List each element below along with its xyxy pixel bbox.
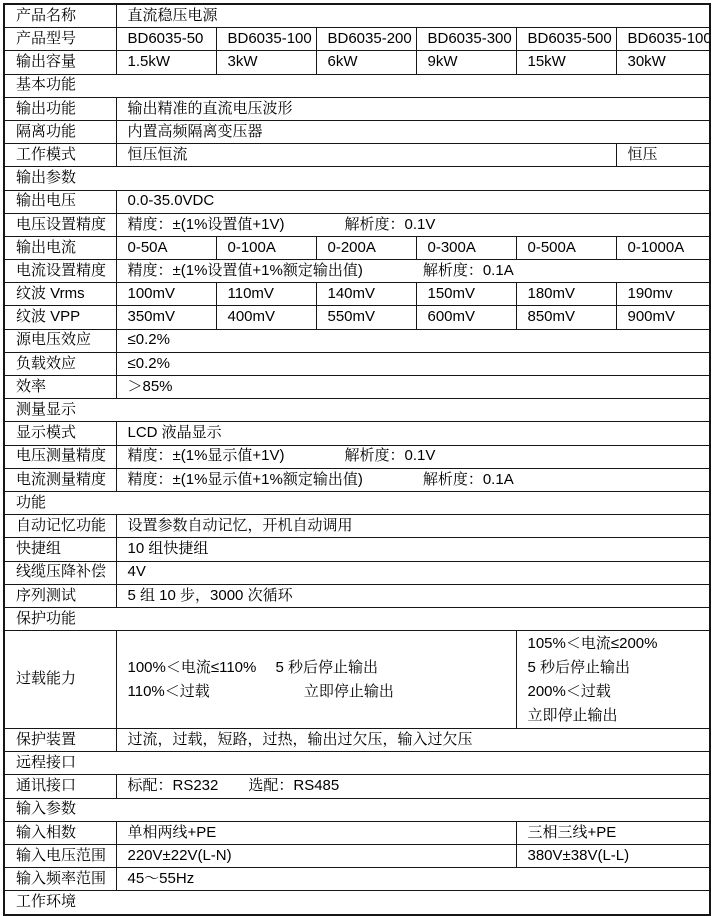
table-row: 源电压效应≤0.2% — [4, 329, 710, 352]
model-cell: BD6035-1000 — [616, 28, 710, 51]
model-cell: 550mV — [316, 306, 416, 329]
model-cell: 0-300A — [416, 236, 516, 259]
model-cell: BD6035-500 — [516, 28, 616, 51]
model-cell: 110mV — [216, 283, 316, 306]
table-row: 过载能力100%＜电流≤110% 5 秒后停止输出110%＜过载 立即停止输出1… — [4, 631, 710, 729]
table-row: 输出电流0-50A0-100A0-200A0-300A0-500A0-1000A — [4, 236, 710, 259]
row-value-main: 100%＜电流≤110% 5 秒后停止输出110%＜过载 立即停止输出 — [116, 631, 516, 729]
cell-line: 5 秒后停止输出 — [528, 656, 706, 680]
table-row: 输出功能输出精准的直流电压波形 — [4, 97, 710, 120]
row-label: 电压设置精度 — [4, 213, 116, 236]
row-value: 直流稳压电源 — [116, 4, 710, 28]
row-value: 10 组快捷组 — [116, 538, 710, 561]
section-row: 基本功能 — [4, 74, 710, 97]
row-label: 自动记忆功能 — [4, 515, 116, 538]
row-value: 设置参数自动记忆，开机自动调用 — [116, 515, 710, 538]
table-row: 自动记忆功能设置参数自动记忆，开机自动调用 — [4, 515, 710, 538]
row-label: 通讯接口 — [4, 775, 116, 798]
model-cell: 350mV — [116, 306, 216, 329]
row-value: 精度：±(1%显示值+1%额定输出值) 解析度：0.1A — [116, 468, 710, 491]
model-cell: 100mV — [116, 283, 216, 306]
row-value: 4V — [116, 561, 710, 584]
table-row: 线缆压降补偿4V — [4, 561, 710, 584]
table-row: 输出容量1.5kW3kW6kW9kW15kW30kW — [4, 51, 710, 74]
model-cell: 190mv — [616, 283, 710, 306]
row-value: LCD 液晶显示 — [116, 422, 710, 445]
row-label: 序列测试 — [4, 584, 116, 607]
table-row: 产品名称直流稳压电源 — [4, 4, 710, 28]
row-label: 隔离功能 — [4, 120, 116, 143]
row-value-last: 105%＜电流≤200%5 秒后停止输出200%＜过载立即停止输出 — [516, 631, 710, 729]
row-label: 输出电流 — [4, 236, 116, 259]
row-label: 源电压效应 — [4, 329, 116, 352]
row-value: 标配：RS232 选配：RS485 — [116, 775, 710, 798]
model-cell: BD6035-200 — [316, 28, 416, 51]
section-row: 输出参数 — [4, 167, 710, 190]
row-label: 效率 — [4, 376, 116, 399]
model-cell: BD6035-50 — [116, 28, 216, 51]
model-cell: 0-50A — [116, 236, 216, 259]
row-value-last: 恒压 — [616, 144, 710, 167]
model-cell: 0-500A — [516, 236, 616, 259]
table-row: 电压设置精度精度：±(1%设置值+1V) 解析度：0.1V — [4, 213, 710, 236]
section-row: 远程接口 — [4, 752, 710, 775]
section-label: 输入参数 — [4, 798, 710, 821]
row-label: 负载效应 — [4, 352, 116, 375]
row-label: 输出功能 — [4, 97, 116, 120]
row-value: 输出精准的直流电压波形 — [116, 97, 710, 120]
row-value: ＞85% — [116, 376, 710, 399]
section-row: 保护功能 — [4, 607, 710, 630]
model-cell: 0-200A — [316, 236, 416, 259]
table-row: 电流设置精度精度：±(1%设置值+1%额定输出值) 解析度：0.1A — [4, 260, 710, 283]
section-row: 输入参数 — [4, 798, 710, 821]
table-row: 输入频率范围45～55Hz — [4, 868, 710, 879]
row-label: 电流测量精度 — [4, 468, 116, 491]
row-value: 精度：±(1%设置值+1%额定输出值) 解析度：0.1A — [116, 260, 710, 283]
row-value: 过流，过载，短路，过热，输出过欠压，输入过欠压 — [116, 729, 710, 752]
model-cell: 900mV — [616, 306, 710, 329]
row-value: ≤0.2% — [116, 329, 710, 352]
table-row: 电压测量精度精度：±(1%显示值+1V) 解析度：0.1V — [4, 445, 710, 468]
table-row: 输入相数单相两线+PE三相三线+PE — [4, 821, 710, 844]
row-value: 0.0-35.0VDC — [116, 190, 710, 213]
section-row: 测量显示 — [4, 399, 710, 422]
cell-line: 200%＜过载 — [528, 680, 706, 704]
row-label: 保护装置 — [4, 729, 116, 752]
row-label: 产品型号 — [4, 28, 116, 51]
model-cell: 140mV — [316, 283, 416, 306]
row-label: 输入相数 — [4, 821, 116, 844]
row-label: 输入频率范围 — [4, 868, 116, 879]
table-row: 负载效应≤0.2% — [4, 352, 710, 375]
table-row: 效率＞85% — [4, 376, 710, 399]
row-value-last: 三相三线+PE — [516, 821, 710, 844]
row-label: 线缆压降补偿 — [4, 561, 116, 584]
table-row: 通讯接口标配：RS232 选配：RS485 — [4, 775, 710, 798]
cell-line: 110%＜过载 立即停止输出 — [128, 680, 512, 704]
section-label: 功能 — [4, 491, 710, 514]
row-value-main: 单相两线+PE — [116, 821, 516, 844]
table-row: 输出电压0.0-35.0VDC — [4, 190, 710, 213]
row-value: 45～55Hz — [116, 868, 710, 879]
table-row: 序列测试5 组 10 步，3000 次循环 — [4, 584, 710, 607]
section-label: 基本功能 — [4, 74, 710, 97]
section-label: 输出参数 — [4, 167, 710, 190]
row-label: 电压测量精度 — [4, 445, 116, 468]
row-label: 电流设置精度 — [4, 260, 116, 283]
model-cell: 15kW — [516, 51, 616, 74]
product-spec-table: 产品名称直流稳压电源产品型号BD6035-50BD6035-100BD6035-… — [3, 3, 711, 879]
model-cell: 600mV — [416, 306, 516, 329]
section-row: 功能 — [4, 491, 710, 514]
table-row: 显示模式LCD 液晶显示 — [4, 422, 710, 445]
table-row: 纹波 Vrms100mV110mV140mV150mV180mV190mv — [4, 283, 710, 306]
row-value: 5 组 10 步，3000 次循环 — [116, 584, 710, 607]
model-cell: 30kW — [616, 51, 710, 74]
row-label: 输入电压范围 — [4, 845, 116, 868]
table-row: 隔离功能内置高频隔离变压器 — [4, 120, 710, 143]
table-row: 产品型号BD6035-50BD6035-100BD6035-200BD6035-… — [4, 28, 710, 51]
row-label: 纹波 Vrms — [4, 283, 116, 306]
table-row: 保护装置过流，过载，短路，过热，输出过欠压，输入过欠压 — [4, 729, 710, 752]
model-cell: 1.5kW — [116, 51, 216, 74]
row-label: 输出电压 — [4, 190, 116, 213]
section-label: 测量显示 — [4, 399, 710, 422]
cell-line: 100%＜电流≤110% 5 秒后停止输出 — [128, 656, 512, 680]
model-cell: BD6035-100 — [216, 28, 316, 51]
row-label: 产品名称 — [4, 4, 116, 28]
row-value-last: 380V±38V(L-L) — [516, 845, 710, 868]
cell-line: 105%＜电流≤200% — [528, 632, 706, 656]
table-row: 快捷组10 组快捷组 — [4, 538, 710, 561]
table-row: 纹波 VPP350mV400mV550mV600mV850mV900mV — [4, 306, 710, 329]
table-row: 输入电压范围220V±22V(L-N)380V±38V(L-L) — [4, 845, 710, 868]
table-row: 工作模式恒压恒流恒压 — [4, 144, 710, 167]
model-cell: BD6035-300 — [416, 28, 516, 51]
row-value-main: 220V±22V(L-N) — [116, 845, 516, 868]
model-cell: 850mV — [516, 306, 616, 329]
model-cell: 6kW — [316, 51, 416, 74]
row-value: 内置高频隔离变压器 — [116, 120, 710, 143]
spec-table-body: 产品名称直流稳压电源产品型号BD6035-50BD6035-100BD6035-… — [4, 4, 710, 879]
model-cell: 3kW — [216, 51, 316, 74]
section-label: 保护功能 — [4, 607, 710, 630]
row-label: 工作模式 — [4, 144, 116, 167]
row-label: 显示模式 — [4, 422, 116, 445]
row-value: ≤0.2% — [116, 352, 710, 375]
section-label: 远程接口 — [4, 752, 710, 775]
model-cell: 180mV — [516, 283, 616, 306]
row-value: 精度：±(1%显示值+1V) 解析度：0.1V — [116, 445, 710, 468]
row-value: 精度：±(1%设置值+1V) 解析度：0.1V — [116, 213, 710, 236]
row-value-main: 恒压恒流 — [116, 144, 616, 167]
row-label: 输出容量 — [4, 51, 116, 74]
cell-line: 立即停止输出 — [528, 704, 706, 728]
row-label: 快捷组 — [4, 538, 116, 561]
row-label: 过载能力 — [4, 631, 116, 729]
model-cell: 150mV — [416, 283, 516, 306]
model-cell: 400mV — [216, 306, 316, 329]
model-cell: 9kW — [416, 51, 516, 74]
model-cell: 0-100A — [216, 236, 316, 259]
model-cell: 0-1000A — [616, 236, 710, 259]
table-row: 电流测量精度精度：±(1%显示值+1%额定输出值) 解析度：0.1A — [4, 468, 710, 491]
row-label: 纹波 VPP — [4, 306, 116, 329]
